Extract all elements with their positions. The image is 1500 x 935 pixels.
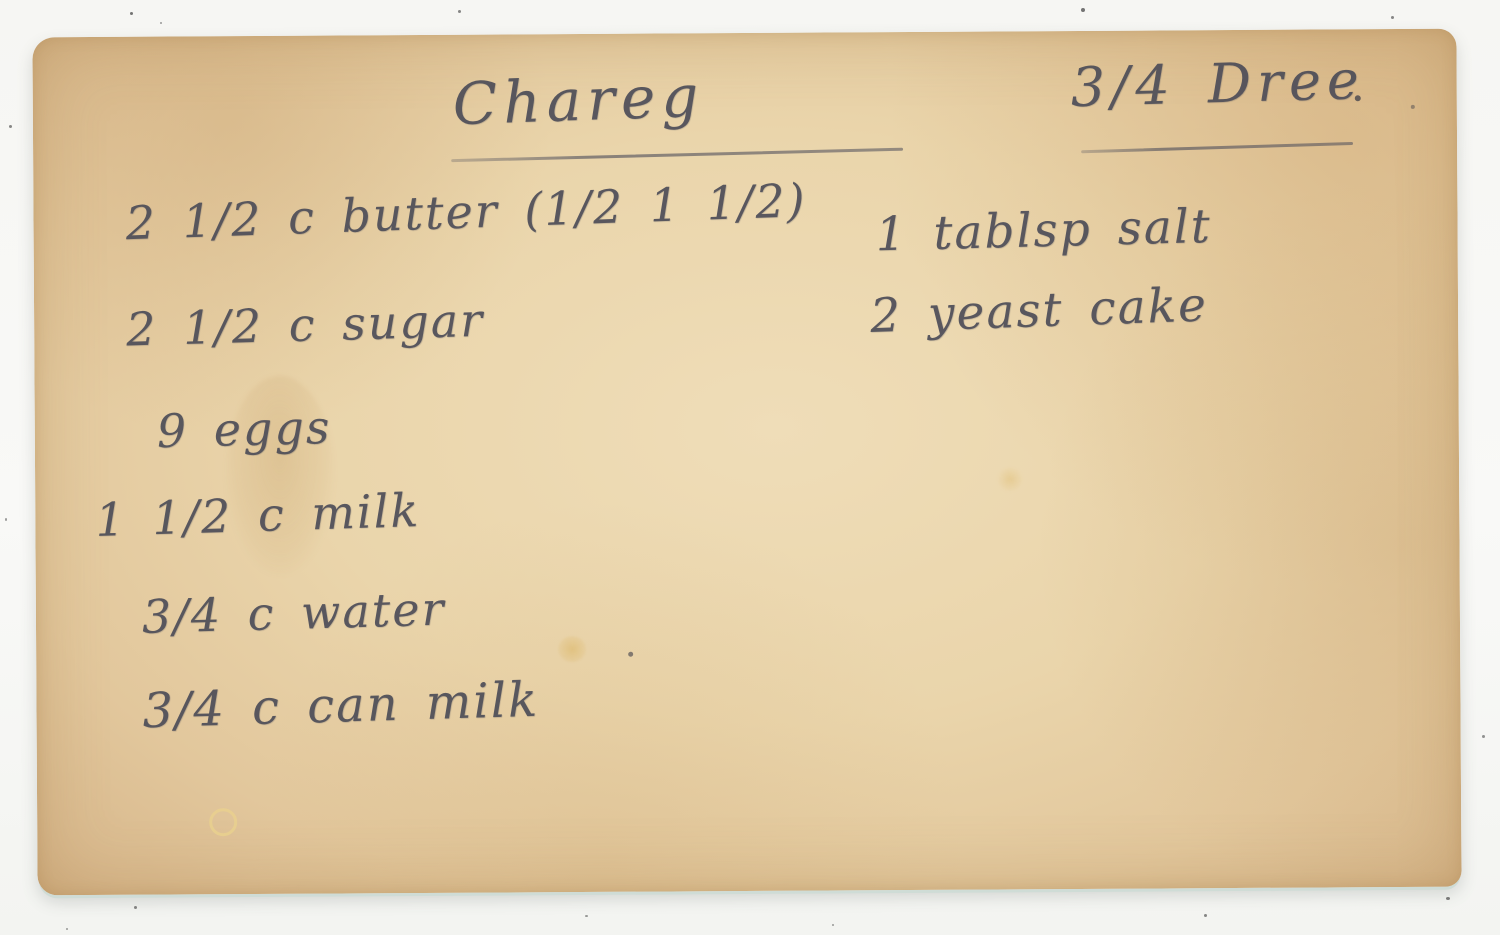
dust-speck (1204, 914, 1207, 917)
recipe-card: Chareg 2 1/2 c butter (1/2 1 1/2) 2 1/2 … (32, 29, 1461, 896)
dust-speck (66, 928, 68, 930)
dust-speck (5, 518, 7, 521)
dust-speck (130, 12, 133, 15)
stain-spot (997, 467, 1023, 491)
left-title-underline (451, 148, 903, 162)
ingredient-line-eggs: 9 eggs (156, 400, 332, 458)
dust-speck (134, 906, 137, 909)
ingredient-line-can-milk: 3/4 c can milk (142, 672, 540, 739)
ink-dot (1411, 105, 1415, 109)
dust-speck (832, 924, 834, 926)
ingredient-line-yeast: 2 yeast cake (869, 277, 1209, 343)
ingredient-line-salt: 1 tablsp salt (875, 199, 1212, 262)
left-column-title: Chareg (452, 62, 706, 139)
right-column-title: 3/4 Dree (1070, 48, 1366, 119)
dust-speck (9, 125, 12, 128)
stain-spot (558, 636, 586, 662)
ingredient-line-milk: 1 1/2 c milk (95, 483, 421, 547)
ingredient-line-butter: 2 1/2 c butter (1/2 1 1/2) (125, 173, 808, 250)
dust-speck (1482, 735, 1485, 738)
dust-speck (585, 915, 588, 917)
ingredient-line-water: 3/4 c water (141, 582, 446, 644)
stain-ring (209, 808, 237, 836)
ingredient-line-sugar: 2 1/2 c sugar (125, 293, 484, 357)
dust-speck (160, 22, 162, 24)
dust-speck (458, 10, 461, 13)
scanner-background: Chareg 2 1/2 c butter (1/2 1 1/2) 2 1/2 … (0, 0, 1500, 935)
dust-speck (1446, 897, 1450, 900)
right-title-underline (1081, 142, 1353, 153)
dust-speck (1081, 8, 1085, 12)
ink-dot (628, 652, 633, 657)
dust-speck (1391, 16, 1394, 19)
